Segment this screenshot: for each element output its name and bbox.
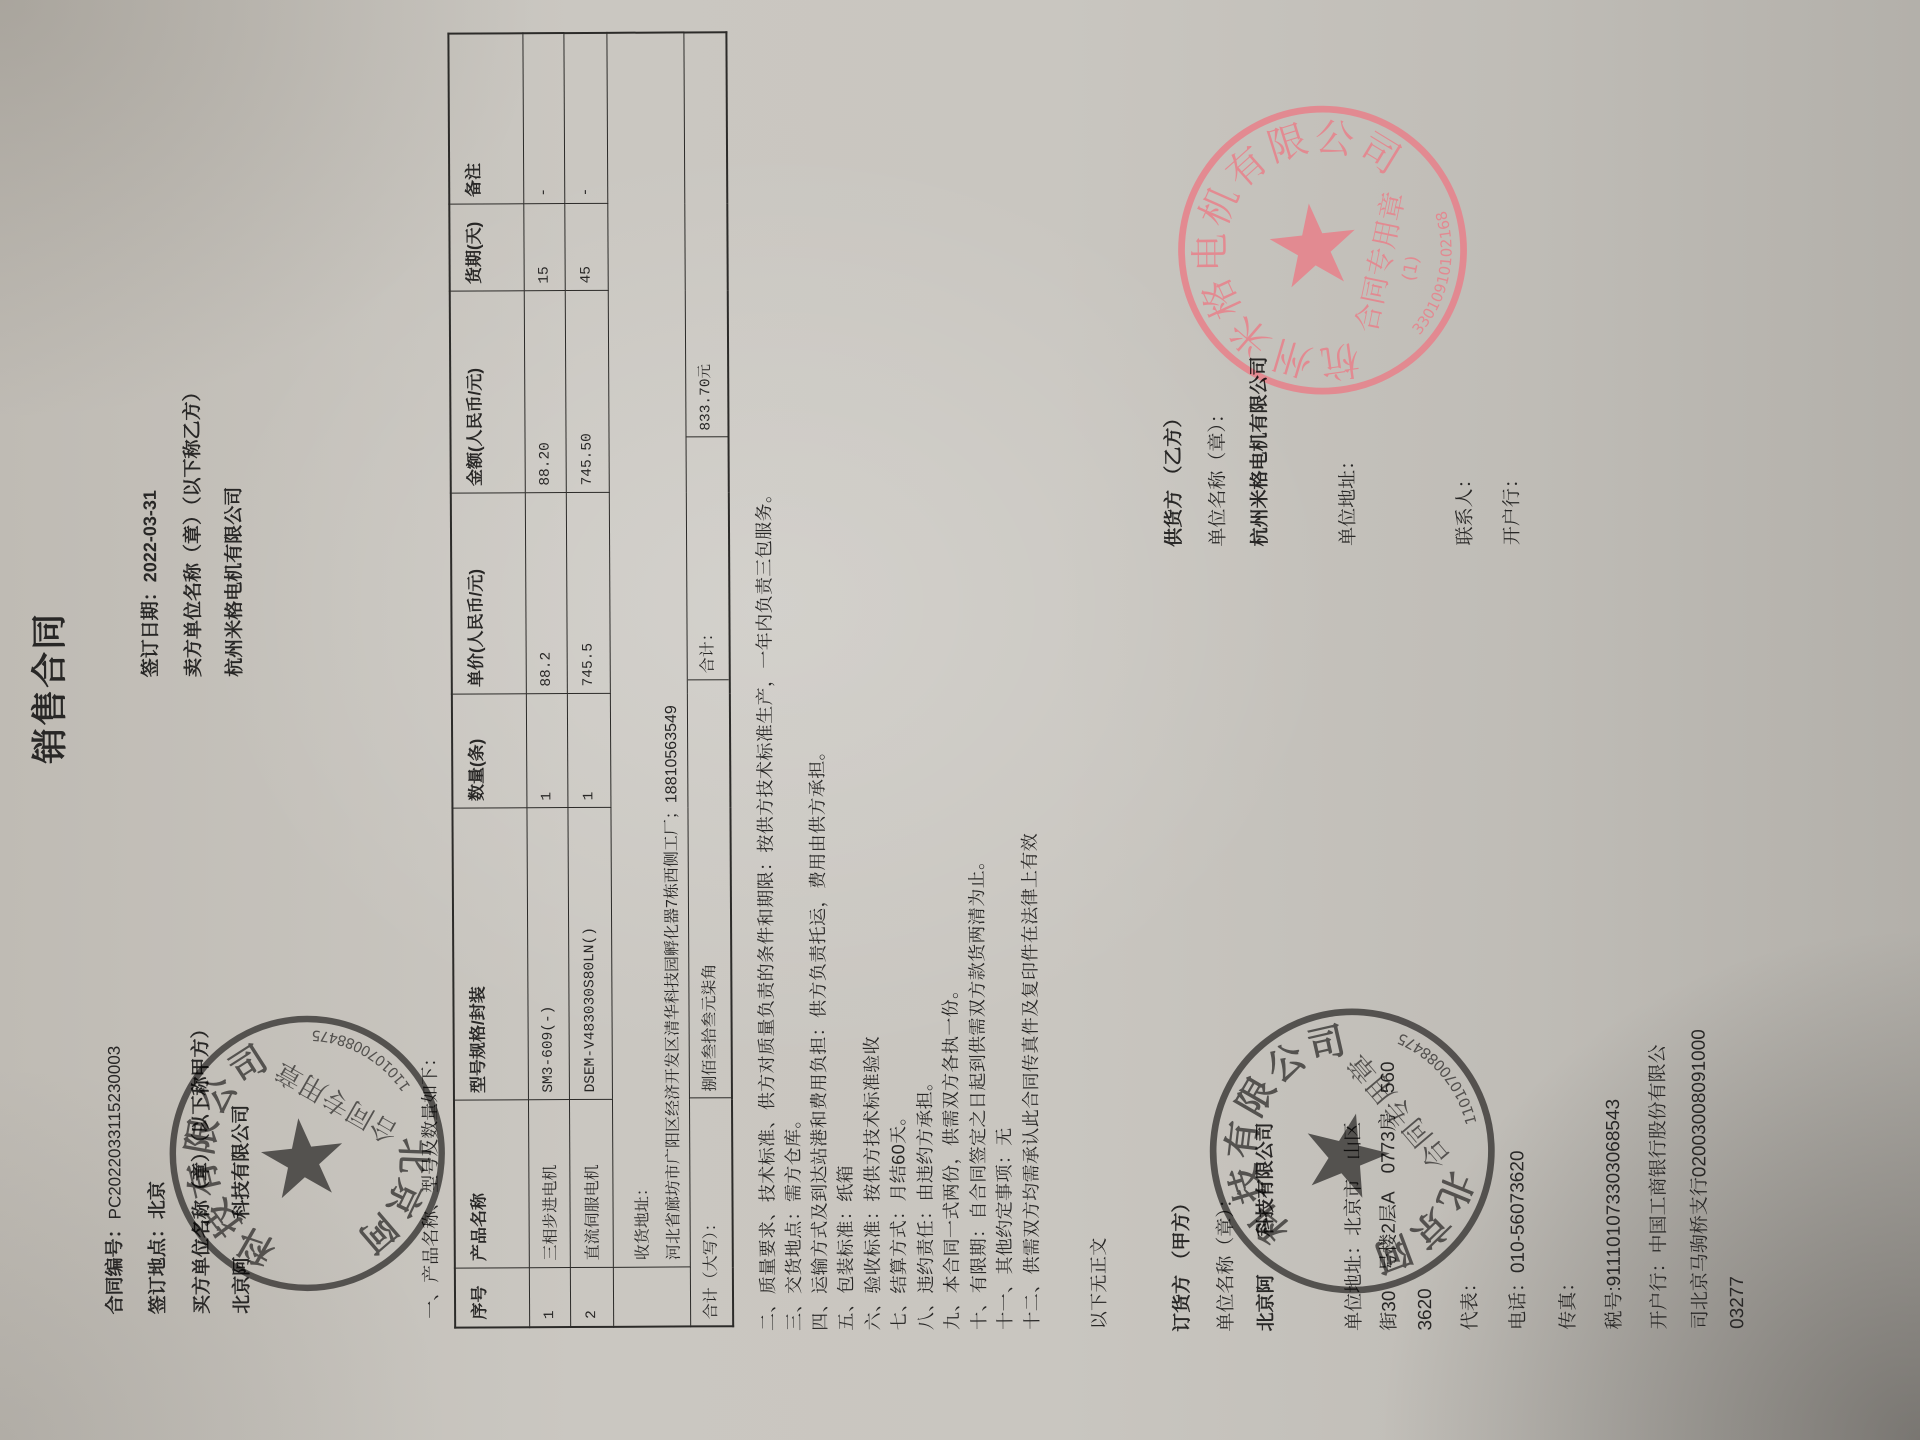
clause-11: 十一、其他约定事项：无 (992, 1127, 1017, 1330)
end-note: 以下无正文 (1087, 1237, 1111, 1329)
cell-remark: - (563, 33, 607, 204)
address-index-cell (613, 1267, 690, 1326)
cell-product-name: 直流伺服电机 (569, 1100, 613, 1268)
col-header-index: 序号 (455, 1268, 529, 1327)
clause-6: 六、验收标准：按供方技术标准验收 (860, 1036, 886, 1331)
col-header-remark: 备注 (448, 33, 523, 204)
document-title: 销售合同 (29, 612, 70, 764)
cell-index: 1 (529, 1268, 570, 1327)
buyer-fax: 传真： (1557, 1273, 1581, 1330)
delivery-address-row: 收货地址： 河北省廊坊市广阳区经济开发区清华科技园孵化器7栋西侧工厂；18810… (606, 32, 690, 1326)
stamp-seal-icon: 北京阿 科技有限公司 合同专用章 1101070088475 (1144, 942, 1561, 1359)
cell-index: 2 (570, 1268, 613, 1327)
seller-name: 杭州米格电机有限公司 (223, 487, 248, 677)
clause-4: 四、运输方式及到达站港和费用负担：供方负责托运，费用由供方承担。 (805, 742, 832, 1331)
table-row: 2 直流伺服电机 DSEM-V483030S80LN() 1 745.5 745… (563, 33, 613, 1327)
photo-background: 销售合同 合同编号：PC2022033115230003 签订地点：北京 买方单… (0, 0, 1920, 1440)
clause-7: 七、结算方式：月结60天。 (886, 1107, 911, 1330)
seller-bank-label: 开户行： (1501, 469, 1525, 545)
clause-5: 五、包装标准：纸箱 (833, 1165, 858, 1331)
total-row-cells: 合计（大写）： 捌佰叁拾叁元柒角 合计： 833.70元 (684, 33, 732, 1325)
contract-page: 销售合同 合同编号：PC2022033115230003 签订地点：北京 买方单… (0, 0, 1920, 1440)
buyer-bank-line: 03277 (1726, 1276, 1750, 1329)
total-label: 合计： (686, 438, 728, 681)
contract-document: 销售合同 合同编号：PC2022033115230003 签订地点：北京 买方单… (0, 0, 1920, 1440)
cell-unit-price: 88.2 (525, 493, 567, 694)
seller-label: 卖方单位名称（章）（以下称乙方） (181, 382, 207, 677)
clause-3: 三、交货地点：需方仓库。 (781, 1110, 806, 1331)
sign-date-label: 签订日期： (140, 582, 161, 677)
col-header-amount: 金额(人民币/元) (450, 291, 525, 493)
clause-12: 十二、供需双方均需承认此合同传真件及复印件在法律上有效 (1018, 833, 1045, 1330)
buyer-heading: 订货方 （甲方） (1170, 1193, 1195, 1331)
total-in-words-value: 捌佰叁拾叁元柒角 (688, 680, 731, 1099)
total-amount: 833.70元 (684, 33, 727, 438)
contract-number: 合同编号：PC2022033115230003 (103, 1046, 128, 1315)
cell-product-name: 三相步进电机 (528, 1100, 570, 1268)
cell-lead-time: 45 (564, 204, 607, 291)
seller-contract-stamp: 杭州米格电机有限公司 合同专用章 (1) 33010910102168 (1145, 73, 1500, 428)
cell-quantity: 1 (526, 694, 568, 808)
buyer-contract-stamp: 北京阿 科技有限公司 合同专用章 1101070088475 (1144, 942, 1561, 1359)
seller-heading: 供货方 （乙方） (1162, 409, 1187, 547)
col-header-lead-time: 货期(天) (449, 204, 523, 291)
cell-quantity: 1 (567, 694, 611, 808)
buyer-bank-line: 开户行：中国工商银行股份有限公 (1647, 1044, 1672, 1329)
cell-lead-time: 15 (523, 204, 564, 291)
cell-model: SM3-609(-) (526, 808, 569, 1100)
clause-9: 九、本合同一式两份，供需双方各执一份。 (938, 980, 964, 1330)
table-row: 1 三相步进电机 SM3-609(-) 1 88.2 88.20 15 - (522, 33, 570, 1327)
product-table: 序号 产品名称 型号规格/封装 数量(条) 单价(人民币/元) 金额(人民币/元… (447, 31, 734, 1328)
buyer-address-line: 3620 (1414, 1288, 1438, 1330)
delivery-address-cell: 收货地址： 河北省廊坊市广阳区经济开发区清华科技园孵化器7栋西侧工厂；18810… (606, 32, 689, 1267)
sign-date-value: 2022-03-31 (140, 490, 160, 582)
col-header-model: 型号规格/封装 (452, 808, 528, 1100)
sign-date: 签订日期：2022-03-31 (138, 490, 163, 677)
contract-number-label: 合同编号： (105, 1219, 126, 1314)
seller-address-label: 单位地址： (1337, 451, 1361, 546)
col-header-unit-price: 单价(人民币/元) (451, 493, 526, 694)
seller-name-label: 单位名称（章）： (1206, 404, 1231, 547)
buyer-representative: 代表： (1459, 1273, 1483, 1330)
cell-amount: 88.20 (524, 291, 566, 493)
cell-remark: - (522, 33, 564, 204)
clause-2: 二、质量要求、技术标准、供方对质量负责的条件和期限：按供方技术标准生产，一年内负… (752, 485, 780, 1332)
total-in-words-label: 合计（大写）： (690, 1099, 732, 1326)
cell-model: DSEM-V483030S80LN() (567, 808, 612, 1100)
buyer-bank-line: 司北京马驹桥支行02003008091000 (1688, 1029, 1714, 1329)
col-header-quantity: 数量(条) (452, 694, 527, 808)
svg-text:(1): (1) (1398, 254, 1424, 283)
total-cell: 合计（大写）： 捌佰叁拾叁元柒角 合计： 833.70元 (683, 32, 733, 1326)
clause-10: 十、有限期：自合同签定之日起到供需双方款货两清为止。 (965, 851, 992, 1330)
total-row: 合计（大写）： 捌佰叁拾叁元柒角 合计： 833.70元 (683, 32, 733, 1326)
stamp-seal-icon: 杭州米格电机有限公司 合同专用章 (1) 33010910102168 (1145, 73, 1500, 428)
clause-8: 八、违约责任：由违约方承担。 (913, 1073, 938, 1331)
cell-unit-price: 745.5 (566, 493, 610, 694)
cell-amount: 745.50 (565, 291, 609, 493)
buyer-tax-id: 税号:911101073303068543 (1602, 1099, 1627, 1330)
seller-contact-label: 联系人： (1454, 469, 1478, 545)
